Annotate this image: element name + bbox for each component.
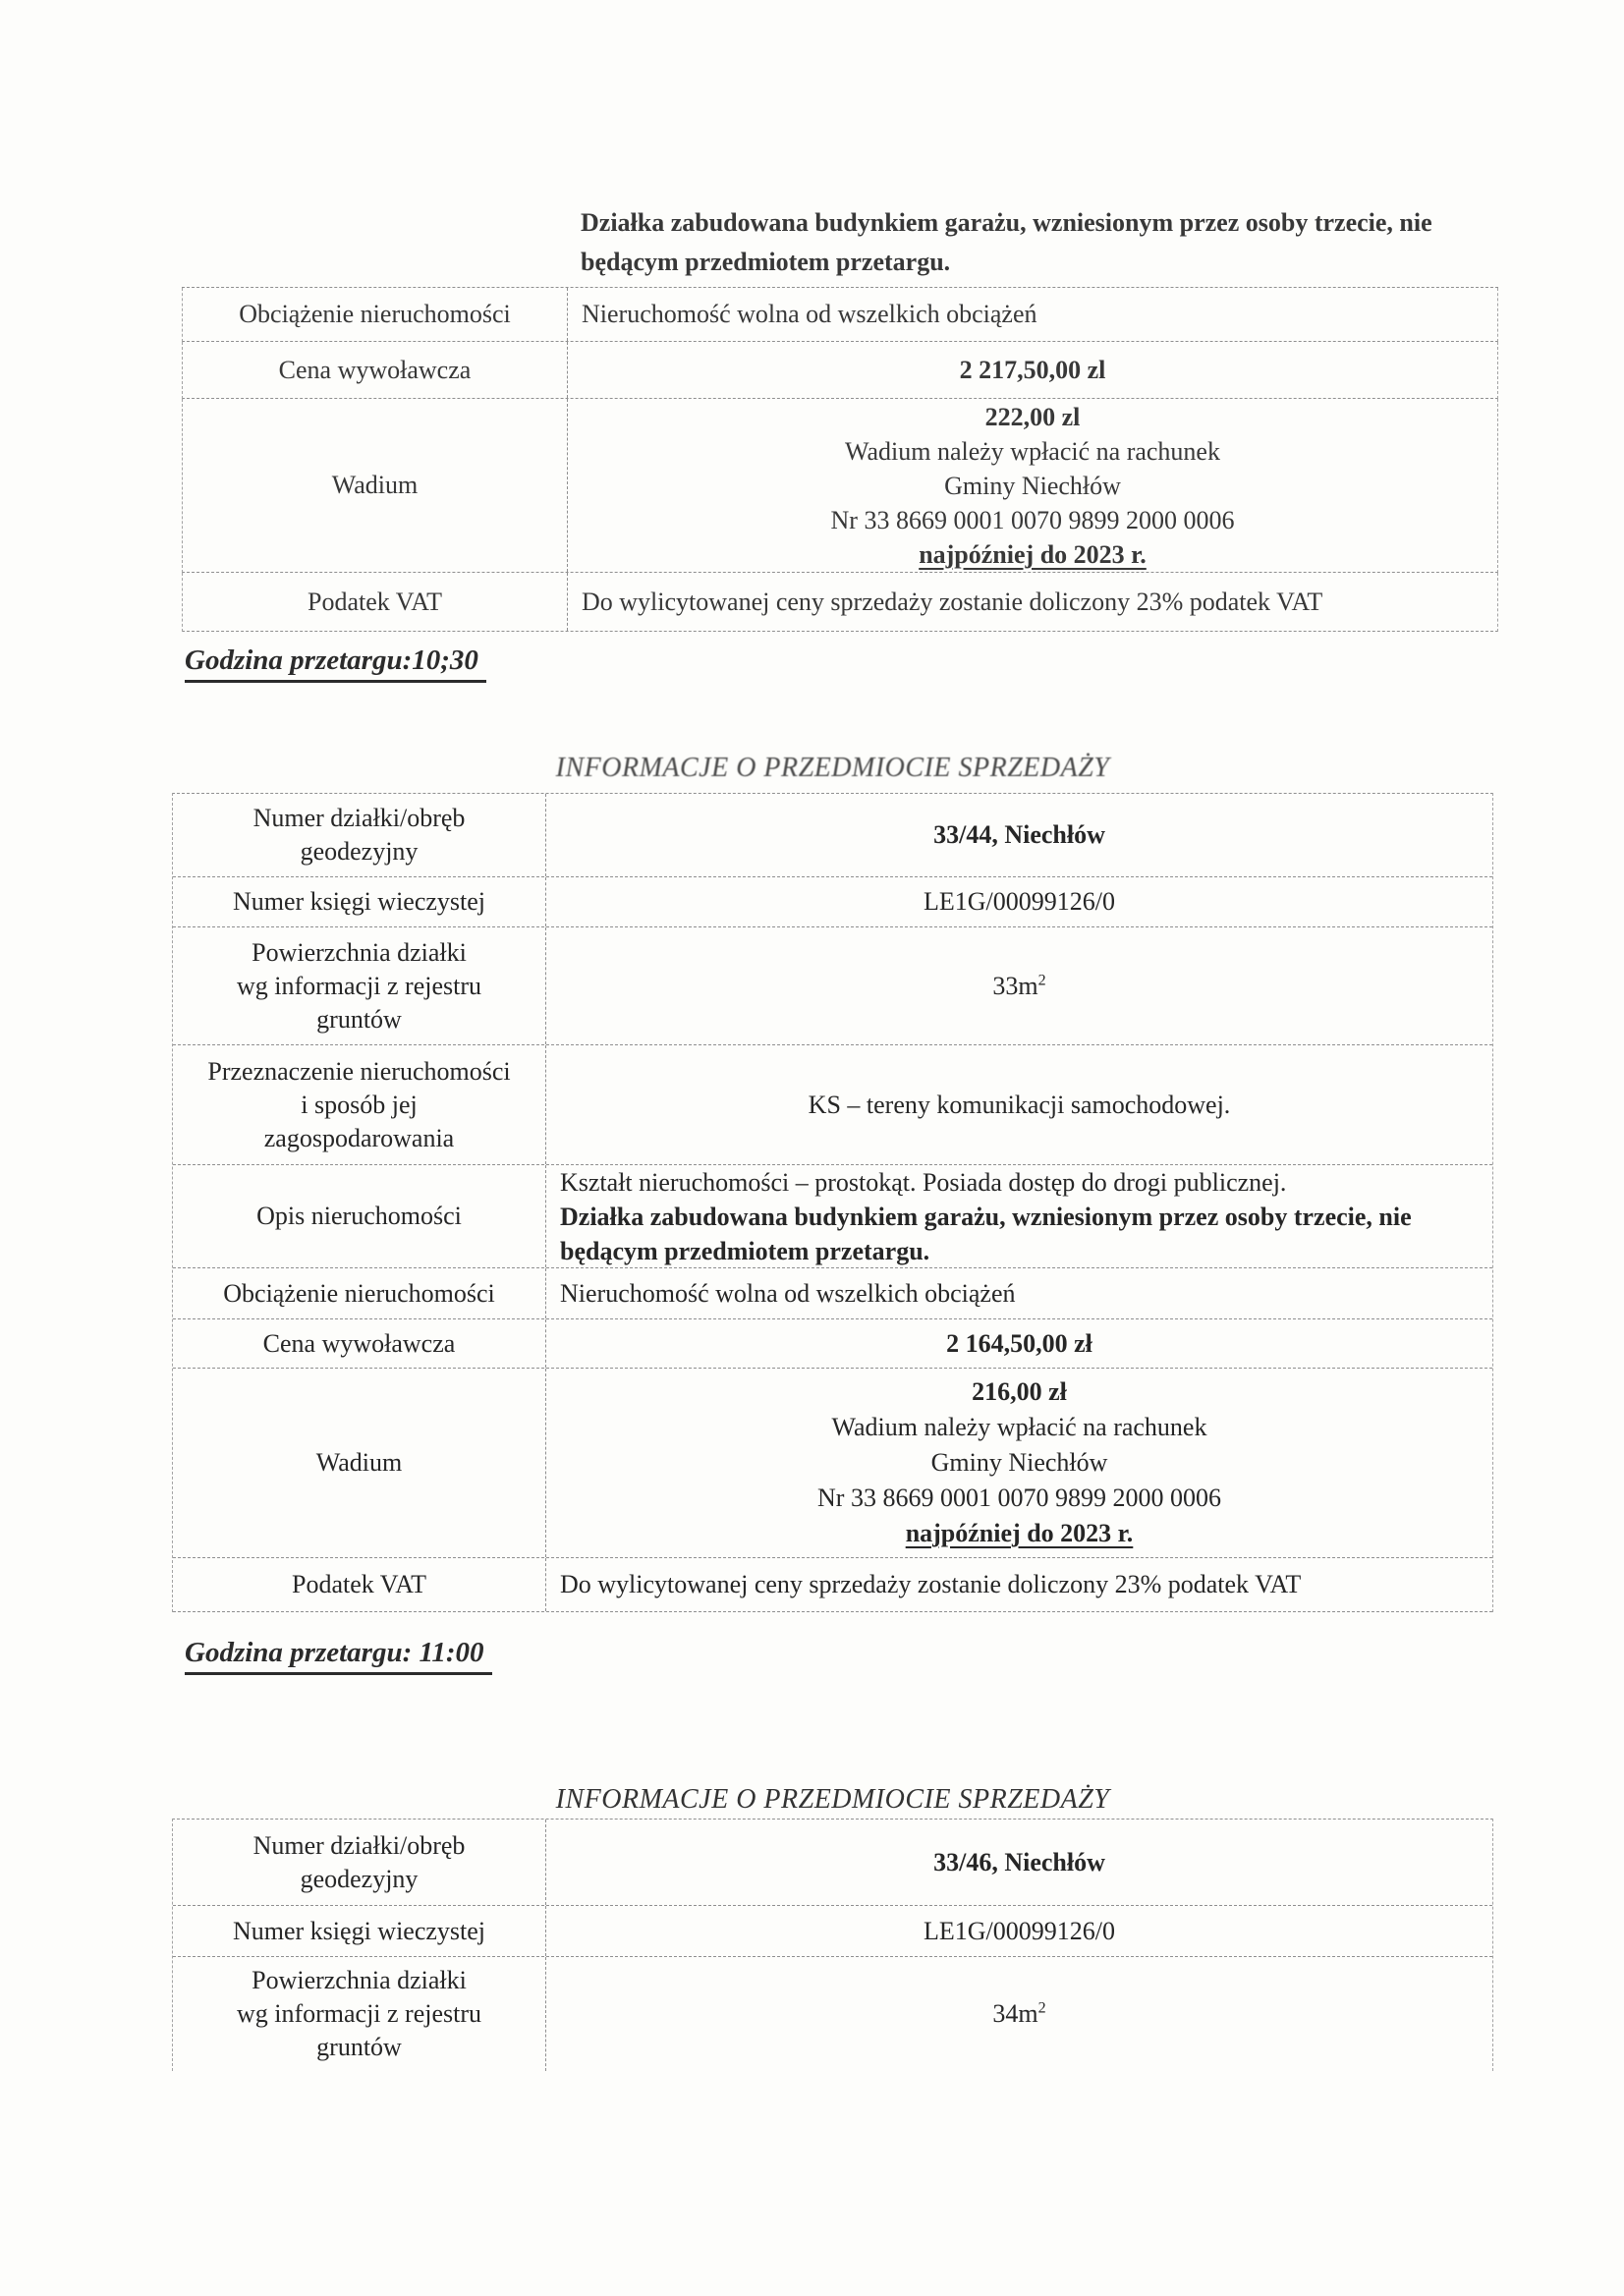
- row-value: 33/44, Niechłów: [546, 794, 1492, 876]
- table-row: Wadium 222,00 zl Wadium należy wpłacić n…: [182, 399, 1498, 573]
- row-value: 222,00 zl Wadium należy wpłacić na rachu…: [568, 399, 1497, 572]
- row-label: Numer działki/obręb geodezyjny: [173, 794, 546, 876]
- section-title: INFORMACJE O PRZEDMIOCIE SPRZEDAŻY: [172, 753, 1493, 784]
- row-label: Obciążenie nieruchomości: [183, 288, 568, 341]
- auction-time-2: Godzina przetargu: 11:00: [185, 1637, 492, 1675]
- table-row: Przeznaczenie nieruchomości i sposób jej…: [173, 1045, 1492, 1165]
- row-value: Do wylicytowanej ceny sprzedaży zostanie…: [546, 1558, 1492, 1611]
- sale-info-table-1: Numer działki/obręb geodezyjny 33/44, Ni…: [172, 793, 1493, 1612]
- table-row: Numer działki/obręb geodezyjny 33/44, Ni…: [173, 794, 1492, 877]
- row-label: Podatek VAT: [173, 1558, 546, 1611]
- table-row: Numer księgi wieczystej LE1G/00099126/0: [173, 877, 1492, 927]
- row-label: Cena wywoławcza: [183, 342, 568, 398]
- table-row: Wadium 216,00 zł Wadium należy wpłacić n…: [173, 1369, 1492, 1558]
- row-value: Do wylicytowanej ceny sprzedaży zostanie…: [568, 573, 1497, 631]
- row-label: Numer księgi wieczystej: [173, 877, 546, 926]
- row-value: Nieruchomość wolna od wszelkich obciążeń: [546, 1268, 1492, 1318]
- sale-info-table-2: Numer działki/obręb geodezyjny 33/46, Ni…: [172, 1819, 1493, 2071]
- table-row: Cena wywoławcza 2 164,50,00 zł: [173, 1319, 1492, 1369]
- row-value: 33/46, Niechłów: [546, 1820, 1492, 1905]
- table-row: Działka zabudowana budynkiem garażu, wzn…: [182, 195, 1498, 288]
- table-row: Opis nieruchomości Kształt nieruchomości…: [173, 1165, 1492, 1268]
- table-row: Numer księgi wieczystej LE1G/00099126/0: [173, 1906, 1492, 1957]
- row-value: 216,00 zł Wadium należy wpłacić na rachu…: [546, 1369, 1492, 1557]
- scanned-document-page: Działka zabudowana budynkiem garażu, wzn…: [0, 0, 1624, 2296]
- table-row: Podatek VAT Do wylicytowanej ceny sprzed…: [182, 573, 1498, 632]
- table-row: Obciążenie nieruchomości Nieruchomość wo…: [182, 288, 1498, 342]
- row-label: Powierzchnia działki wg informacji z rej…: [173, 1957, 546, 2071]
- property-table-continuation: Działka zabudowana budynkiem garażu, wzn…: [182, 195, 1498, 632]
- row-label: Wadium: [173, 1369, 546, 1557]
- row-value: KS – tereny komunikacji samochodowej.: [546, 1045, 1492, 1164]
- row-label: Podatek VAT: [183, 573, 568, 631]
- row-label: Numer działki/obręb geodezyjny: [173, 1820, 546, 1905]
- auction-time-1: Godzina przetargu:10;30: [185, 644, 486, 683]
- row-value: Kształt nieruchomości – prostokąt. Posia…: [546, 1165, 1492, 1267]
- row-value: Działka zabudowana budynkiem garażu, wzn…: [567, 195, 1498, 287]
- table-row: Cena wywoławcza 2 217,50,00 zl: [182, 342, 1498, 399]
- row-value: Nieruchomość wolna od wszelkich obciążeń: [568, 288, 1497, 341]
- row-label: [182, 195, 567, 287]
- row-value: 2 217,50,00 zl: [568, 342, 1497, 398]
- row-label: Obciążenie nieruchomości: [173, 1268, 546, 1318]
- row-value: 34m2: [546, 1957, 1492, 2071]
- row-label: Wadium: [183, 399, 568, 572]
- row-value: LE1G/00099126/0: [546, 1906, 1492, 1956]
- table-row: Powierzchnia działki wg informacji z rej…: [173, 1957, 1492, 2071]
- table-row: Numer działki/obręb geodezyjny 33/46, Ni…: [173, 1820, 1492, 1906]
- row-label: Numer księgi wieczystej: [173, 1906, 546, 1956]
- table-row: Powierzchnia działki wg informacji z rej…: [173, 927, 1492, 1045]
- table-row: Obciążenie nieruchomości Nieruchomość wo…: [173, 1268, 1492, 1319]
- row-label: Opis nieruchomości: [173, 1165, 546, 1267]
- row-value: 33m2: [546, 927, 1492, 1044]
- section-title: INFORMACJE O PRZEDMIOCIE SPRZEDAŻY: [172, 1784, 1493, 1816]
- row-label: Przeznaczenie nieruchomości i sposób jej…: [173, 1045, 546, 1164]
- row-label: Powierzchnia działki wg informacji z rej…: [173, 927, 546, 1044]
- row-value: 2 164,50,00 zł: [546, 1319, 1492, 1368]
- table-row: Podatek VAT Do wylicytowanej ceny sprzed…: [173, 1558, 1492, 1612]
- row-value: LE1G/00099126/0: [546, 877, 1492, 926]
- row-label: Cena wywoławcza: [173, 1319, 546, 1368]
